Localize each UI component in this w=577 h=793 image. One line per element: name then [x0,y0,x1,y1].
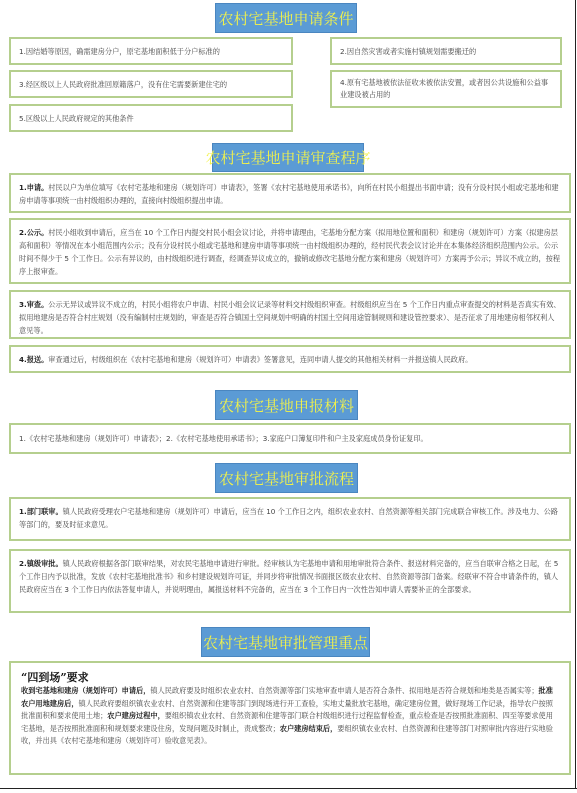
step-text: 公示无异议或异议不成立的，村民小组将农户申请、村民小组会议记录等材料交村级组织审… [19,300,561,335]
condition-item: 1.因结婚等原因，确需建房分户，原宅基地面积低于分户标准的 [9,37,293,65]
step-text: 村民以户为单位填写《农村宅基地和建房（规划许可）申请表》，签署《农村宅基地使用承… [19,183,559,205]
stage-label: 农户建房结束后， [280,724,338,733]
section-header-approval-process: 农村宅基地审批流程 [215,463,358,493]
review-step-submit: 4.报送。审查通过后，村级组织在《农村宅基地和建房（规划许可）申请表》签署意见，… [9,345,571,373]
frame-border-bottom [0,788,577,789]
condition-item: 5.区级以上人民政府规定的其他条件 [9,104,293,132]
review-step-publicity: 2.公示。村民小组收到申请后，应当在 10 个工作日内提交村民小组会议讨论，并将… [9,218,571,284]
step-label: 1.部门联审。 [19,507,63,516]
step-text: 镇人民政府受理农户宅基地和建房（规划许可）申请后，应当在 10 个工作日之内，组… [19,507,558,529]
materials-list: 1.《农村宅基地和建房（规划许可）申请表》；2.《农村宅基地使用承诺书》；3.家… [9,423,571,454]
step-label: 2.公示。 [19,228,48,237]
frame-border-right [575,0,576,789]
step-text: 审查通过后，村级组织在《农村宅基地和建房（规划许可）申请表》签署意见，连同申请人… [48,355,472,364]
approval-step-town-approval: 2.镇级审批。镇人民政府根据各部门联审结果，对农民宅基地申请进行审批。经审核认为… [9,549,571,613]
review-step-examine: 3.审查。公示无异议或异议不成立的，村民小组将农户申请、村民小组会议记录等材料交… [9,290,571,339]
step-text: 村民小组收到申请后，应当在 10 个工作日内提交村民小组会议讨论，并将申请理由，… [19,228,560,276]
step-label: 2.镇级审批。 [19,559,63,568]
section-header-conditions: 农村宅基地申请条件 [215,3,357,33]
step-text: 镇人民政府根据各部门联审结果，对农民宅基地申请进行审批。经审核认为宅基地申请和用… [19,559,558,594]
section-header-materials: 农村宅基地申报材料 [215,390,358,420]
approval-step-joint-review: 1.部门联审。镇人民政府受理农户宅基地和建房（规划许可）申请后，应当在 10 个… [9,497,571,541]
section-header-review-procedure: 农村宅基地申请审查程序 [212,143,364,172]
stage-label: 收到宅基地和建房（规划许可）申请后， [21,686,150,695]
stage-text: 镇人民政府要及时组织农业农村、自然资源等部门实地审查申请人是否符合条件、拟用地是… [150,686,538,695]
review-step-apply: 1.申请。村民以户为单位填写《农村宅基地和建房（规划许可）申请表》，签署《农村宅… [9,173,571,213]
condition-item: 2.因自然灾害或者实施村镇规划需要搬迁的 [330,37,562,65]
condition-item: 3.经区级以上人民政府批准回原籍落户，没有住宅需要新建住宅的 [9,70,293,98]
four-on-site-heading: “四到场”要求 [21,670,559,685]
condition-item: 4.原有宅基地被依法征收未被依法安置，或者因公共设施和公益事业建设被占用的 [330,70,562,108]
management-four-on-site: “四到场”要求 收到宅基地和建房（规划许可）申请后，镇人民政府要及时组织农业农村… [9,661,571,775]
section-header-management: 农村宅基地审批管理重点 [201,627,370,657]
step-label: 3.审查。 [19,300,48,309]
step-label: 1.申请。 [19,183,48,192]
step-label: 4.报送。 [19,355,48,364]
stage-label: 农户建房过程中， [107,711,165,720]
